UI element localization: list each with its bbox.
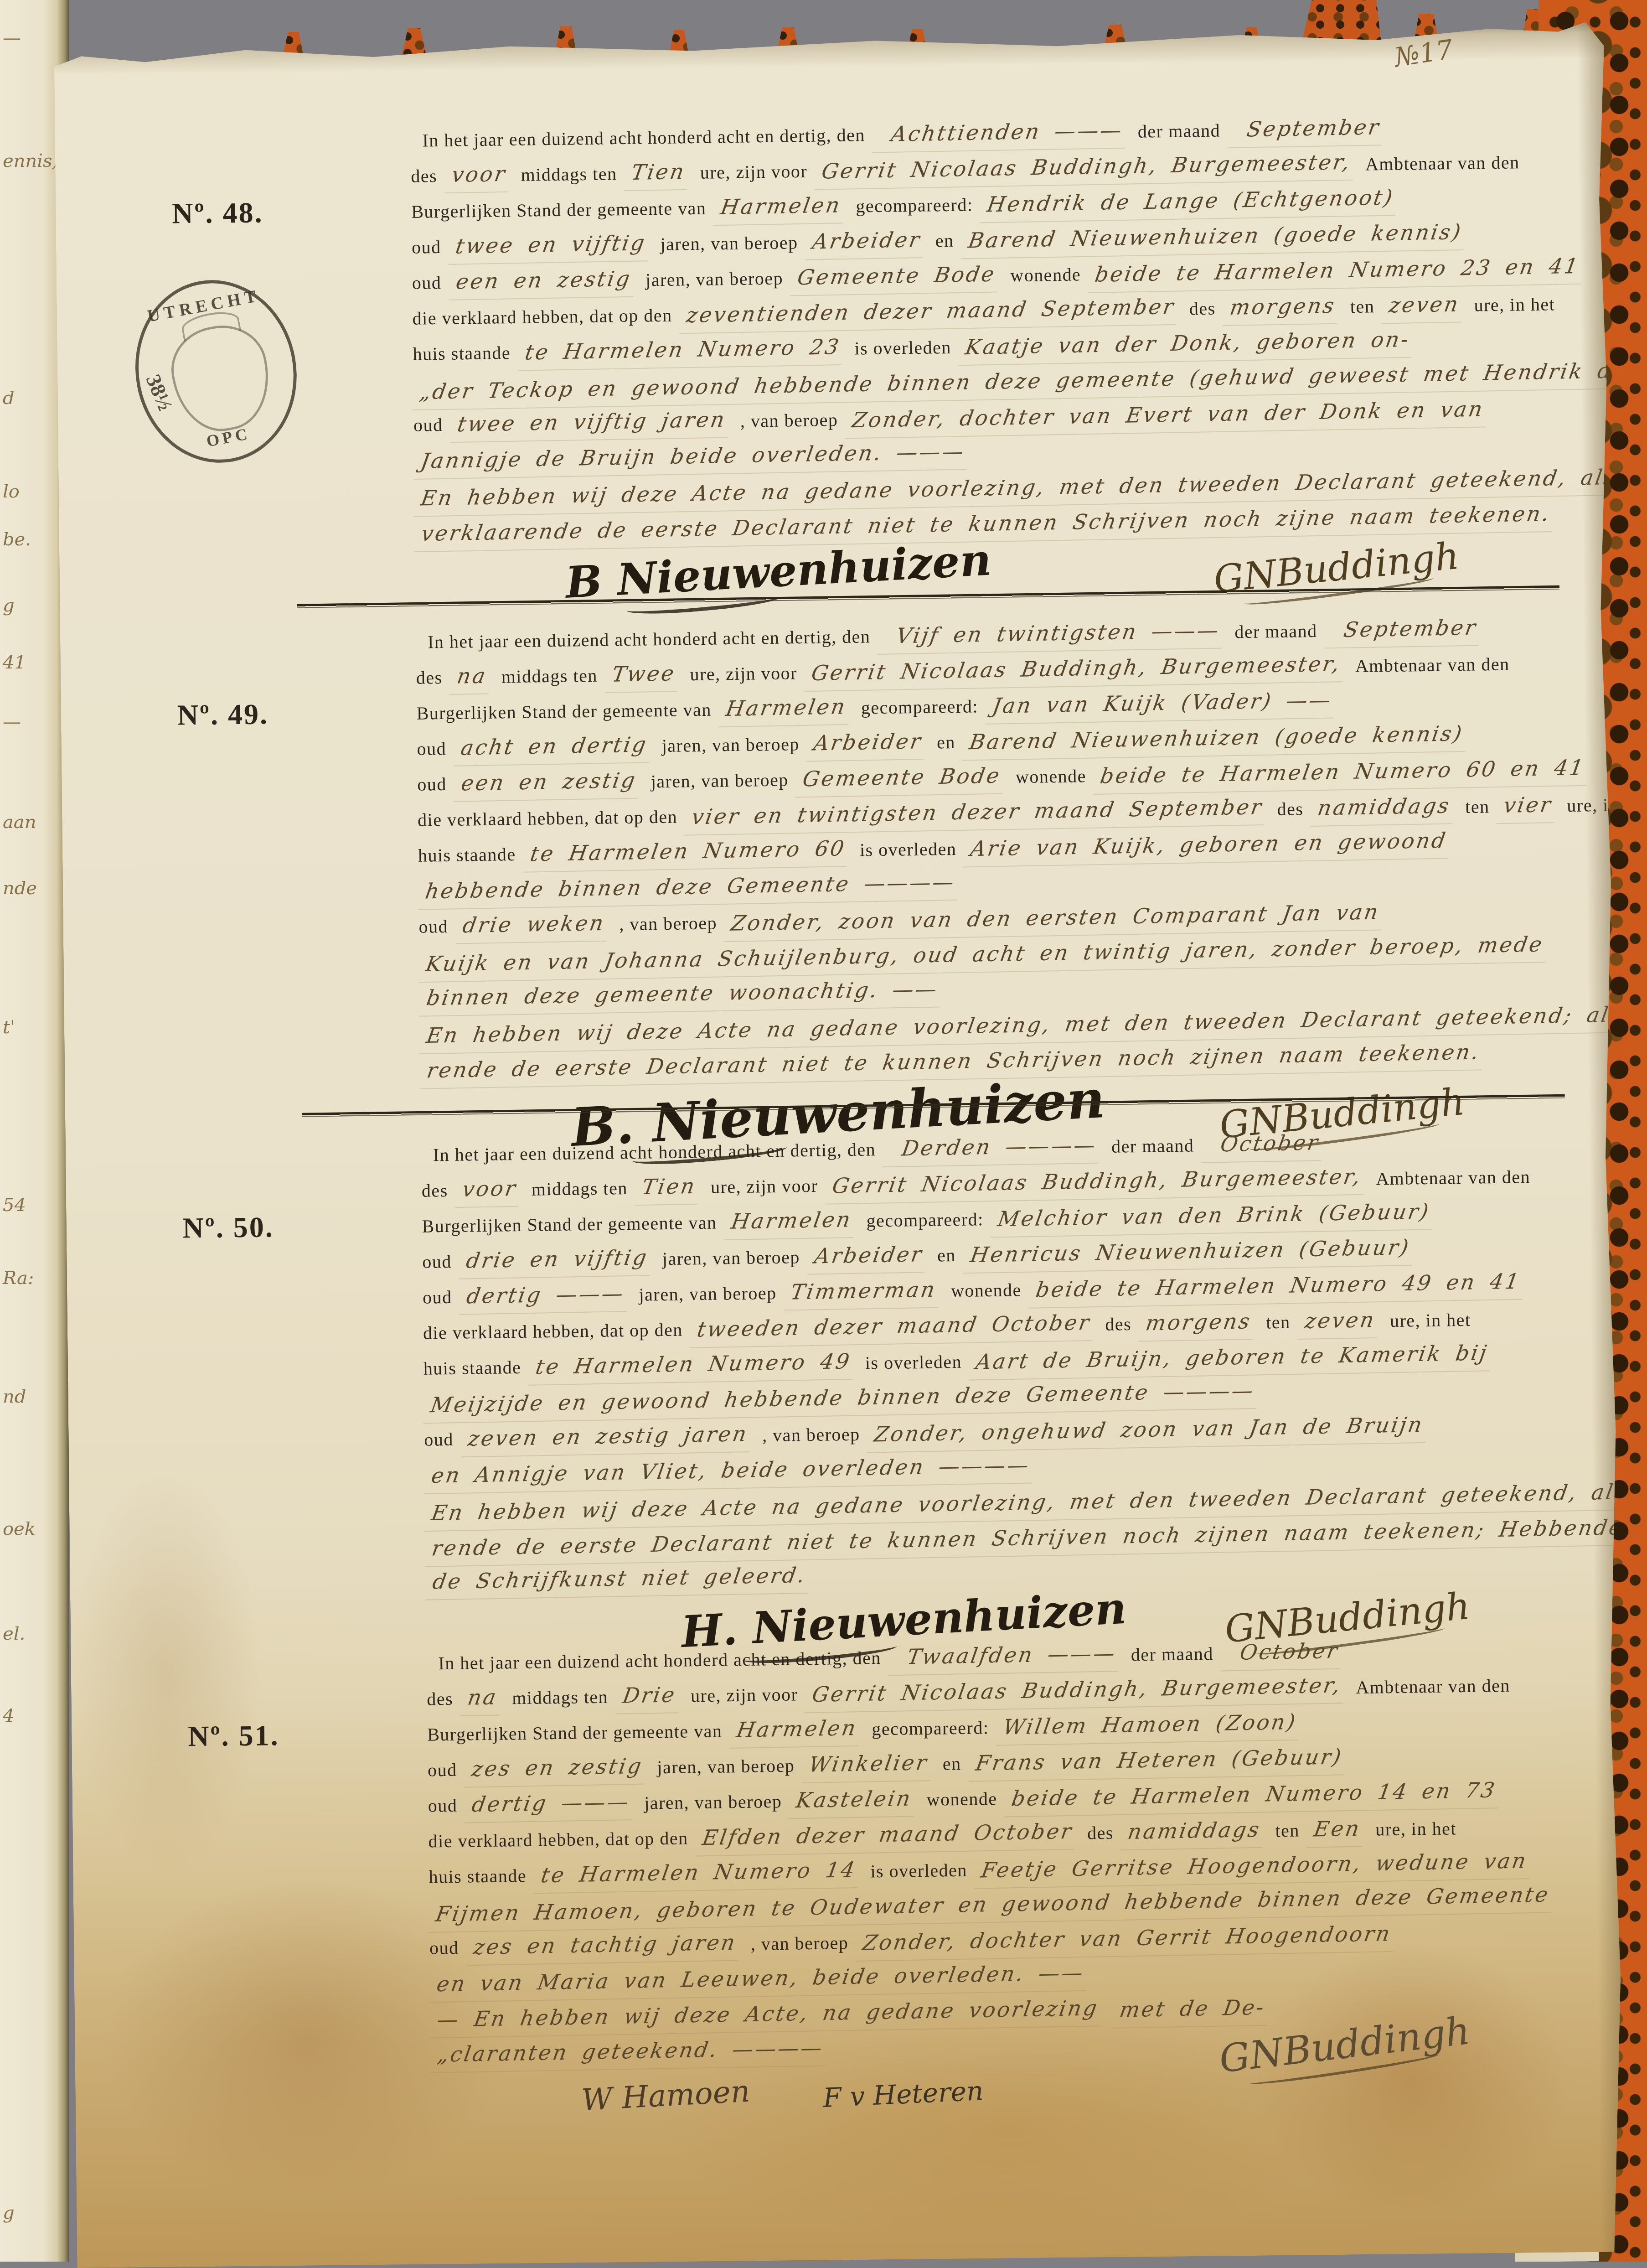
- printed-form-text: Ambtenaar van den: [1365, 152, 1520, 174]
- printed-form-text: oud: [412, 272, 442, 293]
- cut-off-text-fragment: 41: [3, 652, 26, 673]
- handwritten-text: Timmerman: [784, 1271, 944, 1310]
- printed-form-text: huis staande: [429, 1865, 527, 1887]
- handwritten-text: Arbeider: [806, 723, 929, 762]
- cut-off-text-fragment: g: [3, 595, 15, 616]
- cut-off-text-fragment: —: [3, 27, 21, 48]
- printed-form-text: en: [943, 1753, 961, 1774]
- printed-form-text: des: [1087, 1823, 1114, 1843]
- printed-form-text: jaren, van beroep: [661, 734, 800, 756]
- printed-form-text: middags ten: [521, 163, 617, 185]
- printed-form-text: ten: [1266, 1312, 1291, 1333]
- printed-form-text: Burgerlijken Stand der gemeente van: [422, 1212, 717, 1237]
- printed-form-text: die verklaard hebben, dat op den: [412, 305, 672, 329]
- printed-form-text: die verklaard hebben, dat op den: [423, 1320, 683, 1343]
- printed-form-text: jaren, van beroep: [662, 1247, 800, 1269]
- printed-form-text: wonende: [951, 1279, 1022, 1301]
- handwritten-text: Arbeider: [805, 222, 928, 260]
- cut-off-text-fragment: lo: [3, 481, 20, 502]
- death-record-entry-51: Nº. 51. In het jaar een duizend acht hon…: [71, 1631, 1626, 2137]
- handwritten-text: twee en vijftig: [448, 225, 653, 265]
- printed-form-text: Ambtenaar van den: [1356, 1675, 1510, 1698]
- handwritten-text: na: [460, 1679, 505, 1716]
- printed-form-text: jaren, van beroep: [660, 232, 798, 254]
- handwritten-text: zeven: [1382, 286, 1467, 324]
- handwritten-text: Arbeider: [807, 1236, 930, 1275]
- handwritten-text: de Schrijfkunst niet geleerd.: [425, 1557, 814, 1600]
- handwritten-text: met de De-: [1112, 1989, 1273, 2028]
- handwritten-text: twee en vijftig jaren: [450, 401, 733, 443]
- printed-form-text: oud: [424, 1429, 454, 1450]
- handwritten-text: namiddags: [1120, 1812, 1268, 1851]
- handwritten-text: voor: [444, 156, 514, 194]
- printed-form-text: , van beroep: [619, 912, 717, 934]
- printed-form-text: ten: [1350, 296, 1375, 317]
- handwritten-text: morgens: [1223, 287, 1343, 326]
- entry-number: Nº. 51.: [188, 1719, 279, 1753]
- handwritten-text: Drie: [615, 1677, 684, 1714]
- folio-number-mark: №17: [1392, 34, 1455, 73]
- handwritten-text: Harmelen: [729, 1710, 865, 1749]
- handwritten-text: morgens: [1139, 1303, 1259, 1342]
- printed-form-text: middags ten: [501, 665, 598, 687]
- death-record-entry-50: Nº. 50. In het jaar een duizend acht hon…: [65, 1122, 1621, 1664]
- printed-form-text: des: [421, 1180, 448, 1201]
- printed-form-text: die verklaard hebben, dat op den: [418, 807, 678, 830]
- printed-form-text: des: [1105, 1314, 1131, 1335]
- printed-form-text: is overleden: [865, 1351, 962, 1373]
- death-record-entry-49: Nº. 49. In het jaar een duizend acht hon…: [60, 610, 1616, 1151]
- handwritten-text: Tien: [635, 1168, 703, 1206]
- printed-form-text: oud: [429, 1937, 459, 1958]
- entry-number: Nº. 50.: [182, 1210, 274, 1245]
- printed-form-text: die verklaard hebben, dat op den: [428, 1828, 688, 1851]
- handwritten-text: zeven en zestig jaren: [460, 1416, 755, 1457]
- handwritten-text: te Harmelen Numero 49: [528, 1343, 858, 1386]
- printed-form-text: en: [937, 1245, 956, 1266]
- printed-form-text: huis staande: [418, 844, 516, 866]
- handwritten-text: Harmelen: [713, 187, 849, 226]
- binding-tab: [398, 28, 430, 57]
- printed-form-text: , van beroep: [740, 409, 838, 431]
- handwritten-text: October: [1220, 1633, 1346, 1672]
- cut-off-text-fragment: ennis): [3, 150, 59, 171]
- printed-form-text: middags ten: [512, 1687, 608, 1709]
- printed-form-text: oud: [428, 1795, 458, 1816]
- cut-off-text-fragment: be.: [3, 529, 31, 550]
- handwritten-text: Een: [1307, 1810, 1368, 1848]
- handwritten-text: Harmelen: [718, 689, 854, 727]
- printed-form-text: oud: [428, 1760, 457, 1781]
- cut-off-text-fragment: oek: [3, 1518, 36, 1539]
- cut-off-text-fragment: t': [3, 1017, 15, 1038]
- handwritten-text: namiddags: [1311, 787, 1458, 827]
- printed-form-text: jaren, van beroep: [651, 770, 789, 792]
- printed-form-text: oud: [412, 237, 441, 258]
- handwritten-text: na: [449, 658, 494, 695]
- handwritten-text: dertig ———: [465, 1784, 637, 1823]
- cut-off-text-fragment: nd: [3, 1386, 26, 1407]
- handwritten-text: Harmelen: [724, 1201, 859, 1240]
- printed-form-text: des: [1189, 298, 1216, 319]
- handwritten-text: zes en tachtig jaren: [466, 1924, 743, 1966]
- handwritten-text: Derden ————: [883, 1127, 1105, 1168]
- entry-number: Nº. 49.: [177, 697, 268, 732]
- printed-form-text: ure, in het: [1474, 294, 1555, 315]
- cut-off-text-fragment: nde: [3, 878, 37, 899]
- printed-form-text: des: [427, 1688, 453, 1709]
- printed-form-text: en: [935, 230, 954, 251]
- printed-form-text: jaren, van beroep: [639, 1283, 777, 1305]
- handwritten-text: vier: [1497, 787, 1560, 824]
- entry-text: In het jaar een duizend acht honderd ach…: [416, 610, 1616, 1084]
- handwritten-text: dertig ———: [459, 1275, 632, 1315]
- printed-form-text: ure, in het: [1390, 1310, 1471, 1331]
- cut-off-text-fragment: d: [3, 388, 15, 409]
- handwritten-text: voor: [455, 1170, 524, 1208]
- handwritten-text: Kastelein: [789, 1780, 919, 1819]
- death-record-entry-48: Nº. 48. In het jaar een duizend acht hon…: [55, 108, 1611, 614]
- printed-form-text: ten: [1465, 796, 1490, 817]
- printed-form-text: gecompareerd:: [861, 696, 978, 718]
- printed-form-text: In het jaar een duizend acht honderd ach…: [428, 626, 871, 652]
- entry-text: In het jaar een duizend acht honderd ach…: [410, 108, 1610, 547]
- printed-form-text: oud: [422, 1251, 452, 1272]
- scanned-register-page-scene: —ennis)dlobe.g41—aanndet'54Ra:ndoekel.4g…: [0, 0, 1647, 2262]
- entry-text: In het jaar een duizend acht honderd ach…: [421, 1122, 1621, 1597]
- cut-off-text-fragment: Ra:: [3, 1268, 34, 1289]
- handwritten-text: Gemeente Bode: [795, 757, 1008, 797]
- handwritten-text: Elfden dezer maand October: [695, 1813, 1080, 1856]
- handwritten-text: te Harmelen Numero 23: [517, 329, 847, 371]
- handwritten-text: een en zestig: [449, 260, 639, 300]
- printed-form-text: , van beroep: [751, 1932, 849, 1954]
- printed-form-text: In het jaar een duizend acht honderd ach…: [438, 1647, 881, 1673]
- printed-form-text: des: [411, 166, 437, 186]
- printed-form-text: jaren, van beroep: [644, 1791, 782, 1813]
- cut-off-text-fragment: —: [3, 711, 21, 732]
- printed-form-text: jaren, van beroep: [657, 1755, 795, 1777]
- printed-form-text: middags ten: [532, 1178, 628, 1200]
- printed-form-text: , van beroep: [762, 1424, 860, 1446]
- printed-form-text: der maand: [1111, 1135, 1194, 1156]
- printed-form-text: ten: [1275, 1820, 1300, 1841]
- printed-form-text: huis staande: [423, 1357, 521, 1379]
- printed-form-text: is overleden: [860, 839, 957, 860]
- printed-form-text: en: [937, 732, 955, 753]
- handwritten-text: zeven: [1297, 1302, 1383, 1340]
- handwritten-text: Twee: [604, 655, 683, 693]
- handwritten-text: Winkelier: [802, 1745, 935, 1783]
- printed-form-text: oud: [417, 774, 447, 795]
- printed-form-text: ure, in het: [1375, 1818, 1456, 1839]
- printed-form-text: is overleden: [870, 1860, 967, 1882]
- printed-form-text: der maand: [1138, 120, 1221, 141]
- handwritten-text: Achttienden ———: [872, 112, 1131, 153]
- printed-form-text: Ambtenaar van den: [1376, 1166, 1530, 1189]
- printed-form-text: der maand: [1234, 621, 1317, 642]
- printed-form-text: des: [416, 667, 443, 688]
- printed-form-text: Ambtenaar van den: [1355, 654, 1510, 676]
- printed-form-text: ure, zijn voor: [691, 1684, 798, 1706]
- handwritten-text: „claranten geteekend. ————: [430, 2030, 831, 2073]
- printed-form-text: des: [1277, 798, 1303, 819]
- handwritten-text: Twaalfden ———: [888, 1635, 1124, 1676]
- printed-form-text: In het jaar een duizend acht honderd ach…: [422, 124, 865, 150]
- printed-form-text: oud: [413, 414, 443, 435]
- printed-form-text: oud: [417, 738, 446, 759]
- printed-form-text: Burgerlijken Stand der gemeente van: [411, 198, 707, 222]
- printed-form-text: oud: [423, 1287, 452, 1308]
- printed-form-text: wonende: [1010, 264, 1081, 285]
- printed-form-text: Burgerlijken Stand der gemeente van: [416, 699, 712, 724]
- cut-off-text-fragment: g: [3, 2202, 15, 2223]
- handwritten-text: acht en dertig: [454, 726, 655, 766]
- registrar-signature: GNBuddingh: [1212, 534, 1462, 608]
- printed-form-text: huis staande: [413, 342, 511, 364]
- printed-form-text: is overleden: [854, 337, 951, 359]
- printed-form-text: ure, zijn voor: [690, 663, 797, 684]
- printed-form-text: der maand: [1131, 1643, 1213, 1665]
- cut-off-text-fragment: el.: [3, 1623, 25, 1644]
- handwritten-text: een en zestig: [454, 762, 644, 802]
- printed-form-text: Burgerlijken Stand der gemeente van: [427, 1720, 723, 1745]
- entry-text: In het jaar een duizend acht honderd ach…: [426, 1631, 1626, 2070]
- cut-off-text-fragment: 54: [3, 1195, 26, 1216]
- printed-form-text: gecompareerd:: [872, 1717, 989, 1739]
- handwritten-text: Tien: [624, 154, 693, 192]
- signature-row: W Hamoen F v Heteren GNBuddingh: [431, 2060, 1626, 2133]
- printed-form-text: oud: [418, 916, 448, 937]
- declarant-signature: W Hamoen: [581, 2074, 751, 2118]
- printed-form-text: wonende: [1016, 766, 1086, 787]
- cut-off-text-fragment: 4: [3, 1705, 14, 1726]
- handwritten-text: drie weken: [455, 905, 612, 944]
- handwritten-text: September: [1228, 109, 1388, 148]
- entry-number: Nº. 48.: [172, 196, 263, 230]
- handwritten-text: drie en vijftig: [459, 1239, 655, 1279]
- declarant-signature: F v Heteren: [822, 2075, 984, 2113]
- handwritten-text: Willem Hamoen (Zoon): [996, 1704, 1304, 1746]
- printed-form-text: jaren, van beroep: [645, 268, 784, 290]
- handwritten-text: October: [1201, 1124, 1327, 1163]
- handwritten-text: te Harmelen Numero 60: [523, 830, 853, 873]
- cut-off-text-fragment: aan: [3, 812, 36, 833]
- printed-form-text: gecompareerd:: [866, 1209, 984, 1231]
- death-register-page: №17 UTRECHT 38½ OPC Nº. 48. In het jaar …: [54, 17, 1628, 2262]
- printed-form-text: wonende: [926, 1788, 997, 1810]
- printed-form-text: gecompareerd:: [856, 194, 973, 216]
- handwritten-text: Gemeente Bode: [790, 256, 1003, 296]
- printed-form-text: ure, zijn voor: [700, 161, 807, 183]
- printed-form-text: In het jaar een duizend acht honderd ach…: [433, 1139, 876, 1165]
- handwritten-text: te Harmelen Numero 14: [533, 1852, 863, 1894]
- printed-form-text: ure, zijn voor: [711, 1175, 818, 1197]
- handwritten-text: zes en zestig: [464, 1748, 650, 1787]
- handwritten-text: September: [1324, 609, 1484, 648]
